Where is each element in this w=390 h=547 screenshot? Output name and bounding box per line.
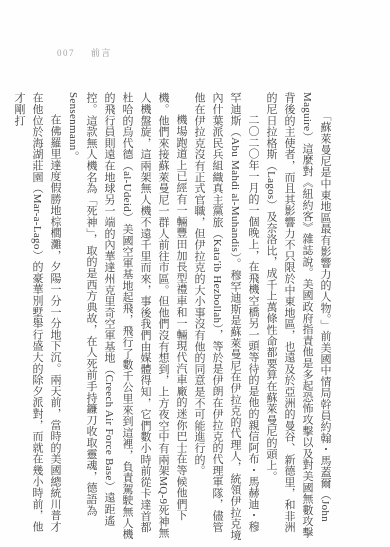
page-number: 007 (57, 48, 75, 58)
body-paragraph-2: 二〇二〇年一月的一個晚上，在飛機空橋另一頭等待的是他的親信阿布・馬赫迪・穆罕迪斯… (190, 92, 262, 541)
page-header: 007 前言 (57, 46, 112, 59)
book-page: 007 前言 「蘇萊曼尼是中東地區最有影響力的人物。」前美國中情局幹員約翰・馬蓋… (0, 0, 390, 547)
section-title: 前言 (91, 48, 112, 58)
body-text: 「蘇萊曼尼是中東地區最有影響力的人物。」前美國中情局幹員約翰・馬蓋爾（John … (10, 92, 334, 541)
body-paragraph-3: 機場跑道上已經有一輛豐田加長型禮車和一輛現代汽車廠的迷你巴士在等候他們下機。他們… (64, 92, 190, 541)
body-paragraph-4: 在佛羅里達度假勝地棕櫚灘，夕陽一分一分地下沉。兩天前，當時的美國總統川普才在他位… (10, 92, 64, 541)
body-paragraph-1: 「蘇萊曼尼是中東地區最有影響力的人物。」前美國中情局幹員約翰・馬蓋爾（John … (262, 92, 334, 541)
